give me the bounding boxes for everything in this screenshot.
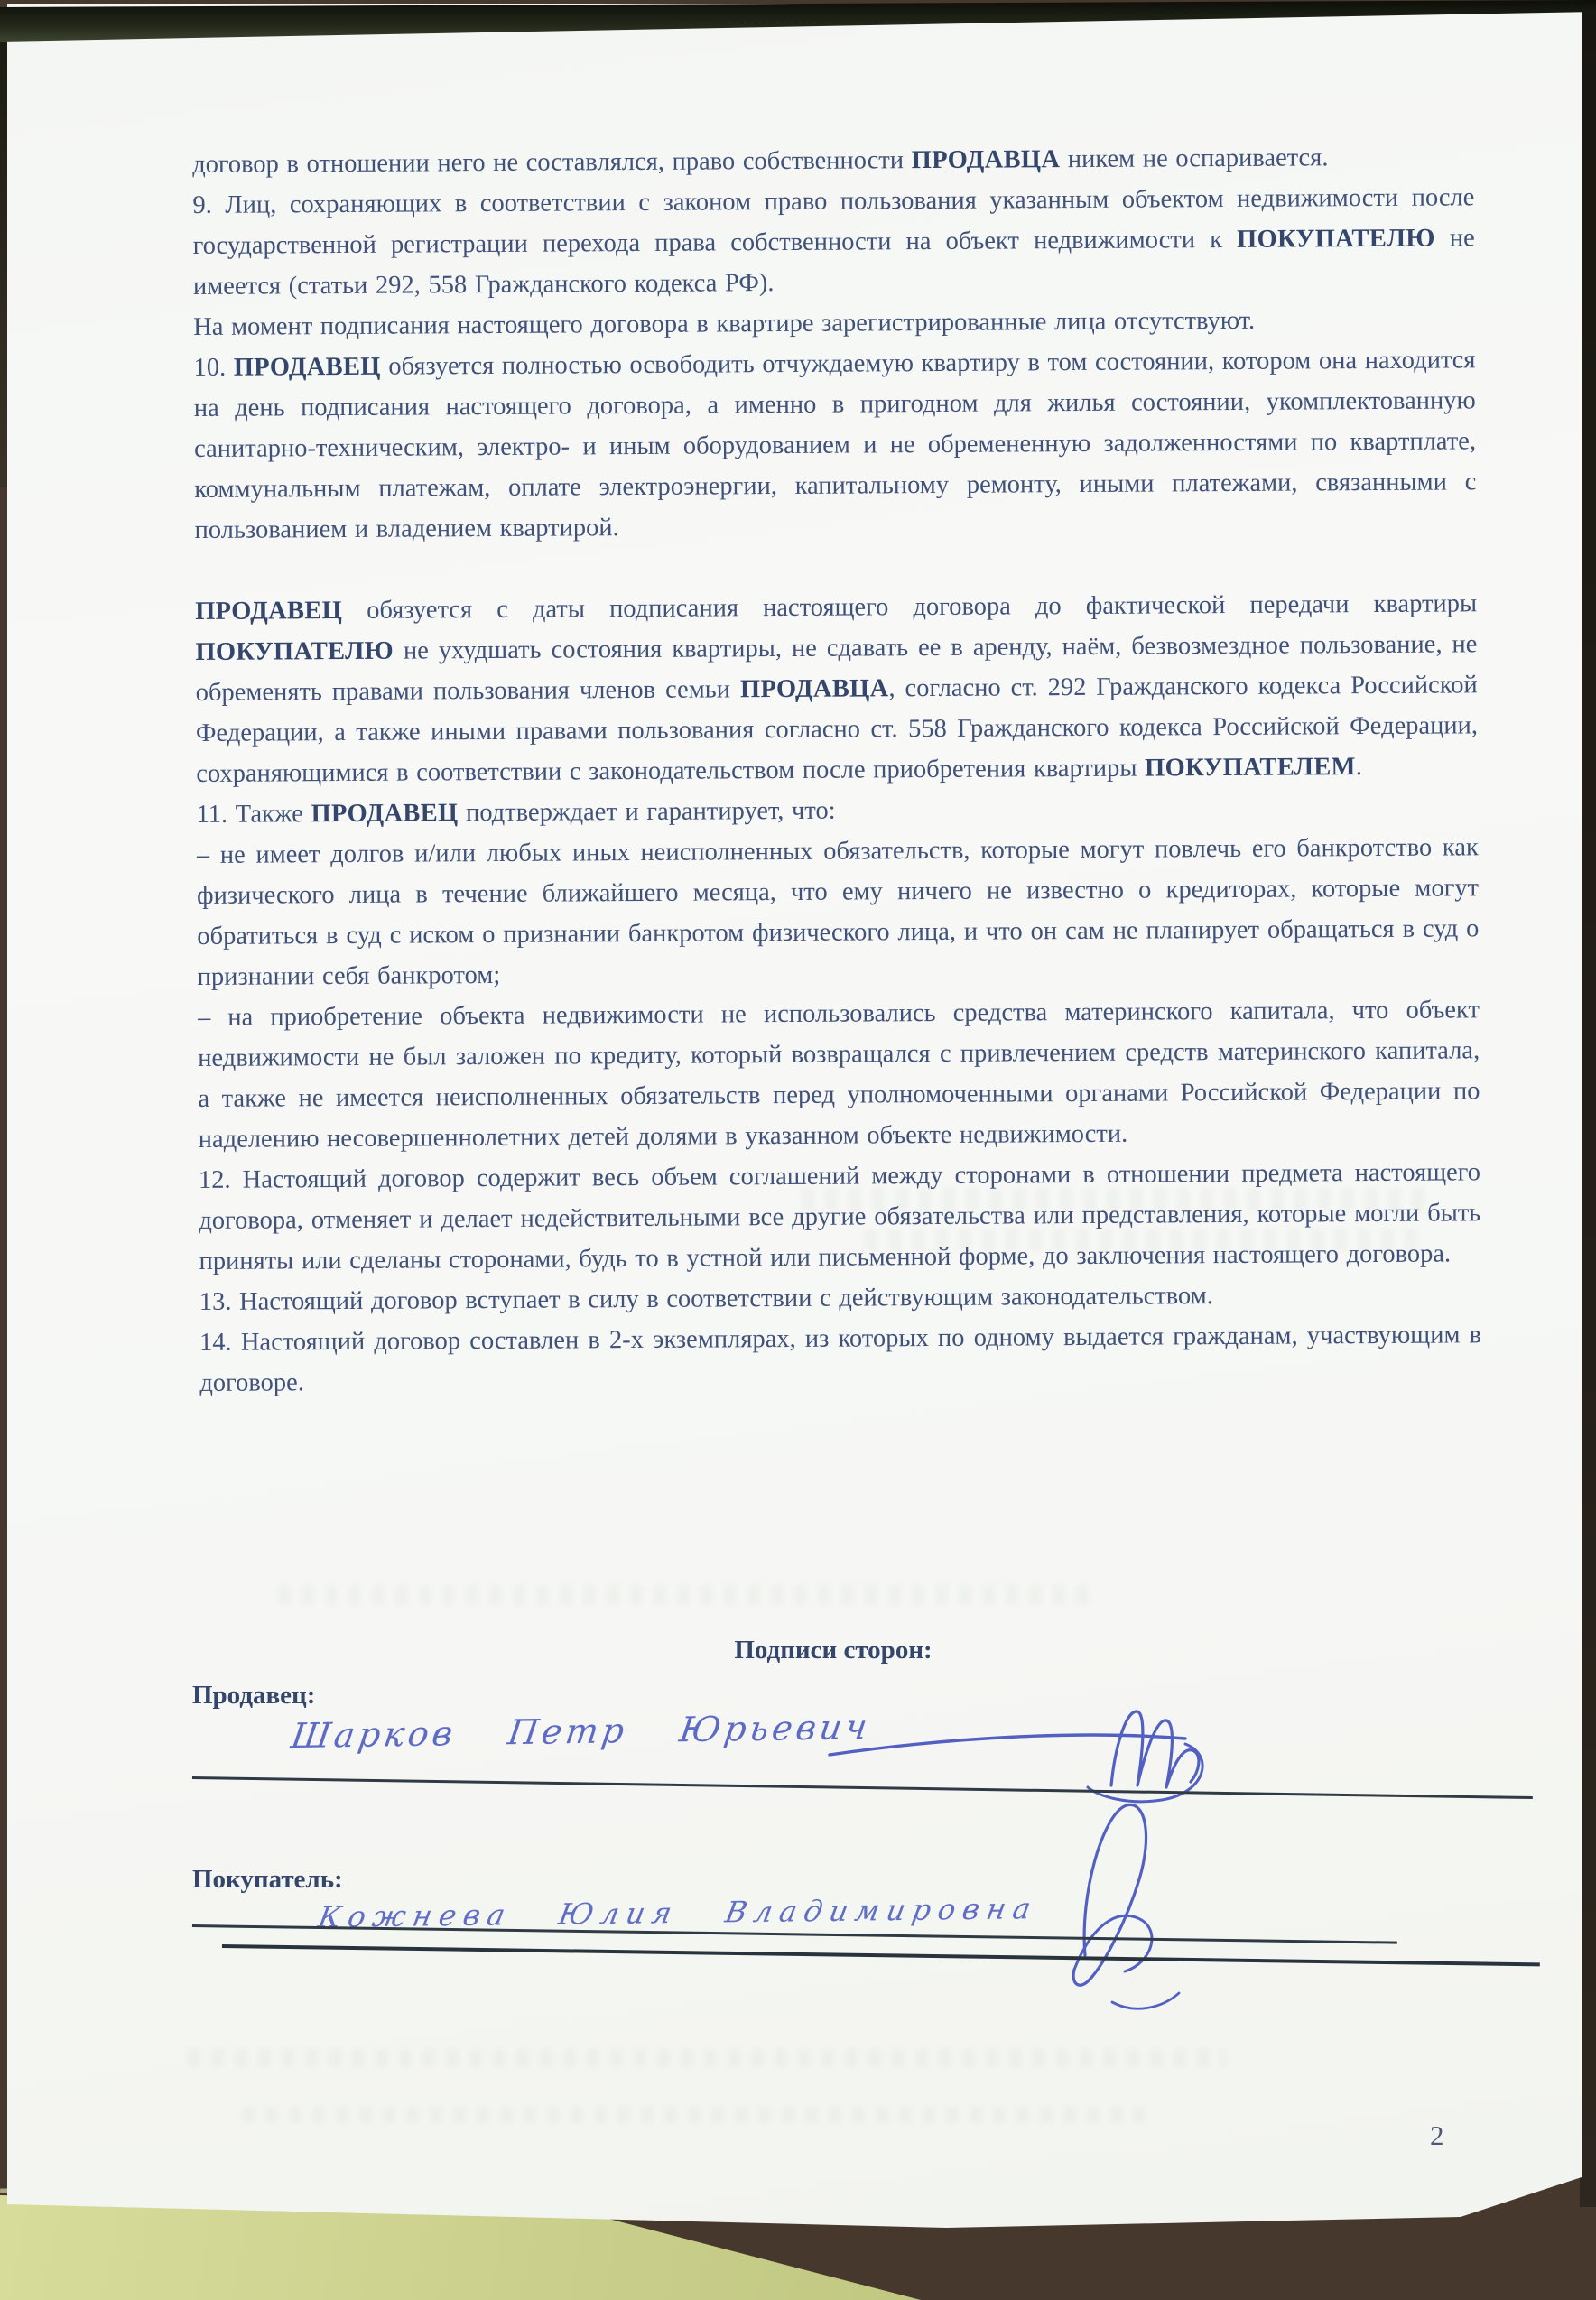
- seller-signature-flourish: [824, 1692, 1221, 1827]
- bleedthrough-artifact: [278, 1585, 1090, 1605]
- contract-list-item: – на приобретение объекта недвижимости н…: [198, 989, 1480, 1160]
- contract-clause-14: 14. Настоящий договор составлен в 2-х эк…: [199, 1314, 1482, 1404]
- buyer-label: Покупатель:: [192, 1865, 343, 1895]
- seller-signature-handwriting: Шарков Петр Юрьевич: [289, 1707, 873, 1756]
- buyer-signature-flourish: [1025, 1784, 1269, 2027]
- scan-right-edge: [1580, 0, 1596, 2207]
- bleedthrough-artifact: [865, 1229, 1424, 1251]
- contract-paragraph: ПРОДАВЕЦ обязуется с даты подписания нас…: [195, 583, 1478, 794]
- contract-clause-9: 9. Лиц, сохраняющих в соответствии с зак…: [192, 177, 1475, 307]
- contract-list-item: – не имеет долгов и/или любых иных неисп…: [197, 827, 1480, 997]
- signatures-heading: Подписи сторон:: [192, 1636, 1474, 1665]
- scanned-contract-page: { "colors": { "ink": "#41527a", "ink_bol…: [0, 0, 1596, 2300]
- buyer-signature-line-lower: [222, 1944, 1540, 1966]
- document-page: договор в отношении него не составлялся,…: [7, 4, 1582, 2231]
- bleedthrough-artifact: [802, 1188, 1434, 1211]
- seller-label: Продавец:: [192, 1681, 315, 1711]
- bleedthrough-artifact: [242, 2107, 1145, 2123]
- bleedthrough-artifact: [188, 2049, 1226, 2067]
- page-number: 2: [1430, 2119, 1444, 2152]
- contract-text-block: договор в отношении него не составлялся,…: [192, 136, 1483, 1616]
- seller-signature-line: [192, 1776, 1533, 1799]
- scan-left-edge: [0, 18, 8, 487]
- contract-clause-12: 12. Настоящий договор содержит весь объе…: [199, 1152, 1481, 1282]
- contract-clause-10: 10. ПРОДАВЕЦ обязуется полностью освобод…: [193, 339, 1476, 551]
